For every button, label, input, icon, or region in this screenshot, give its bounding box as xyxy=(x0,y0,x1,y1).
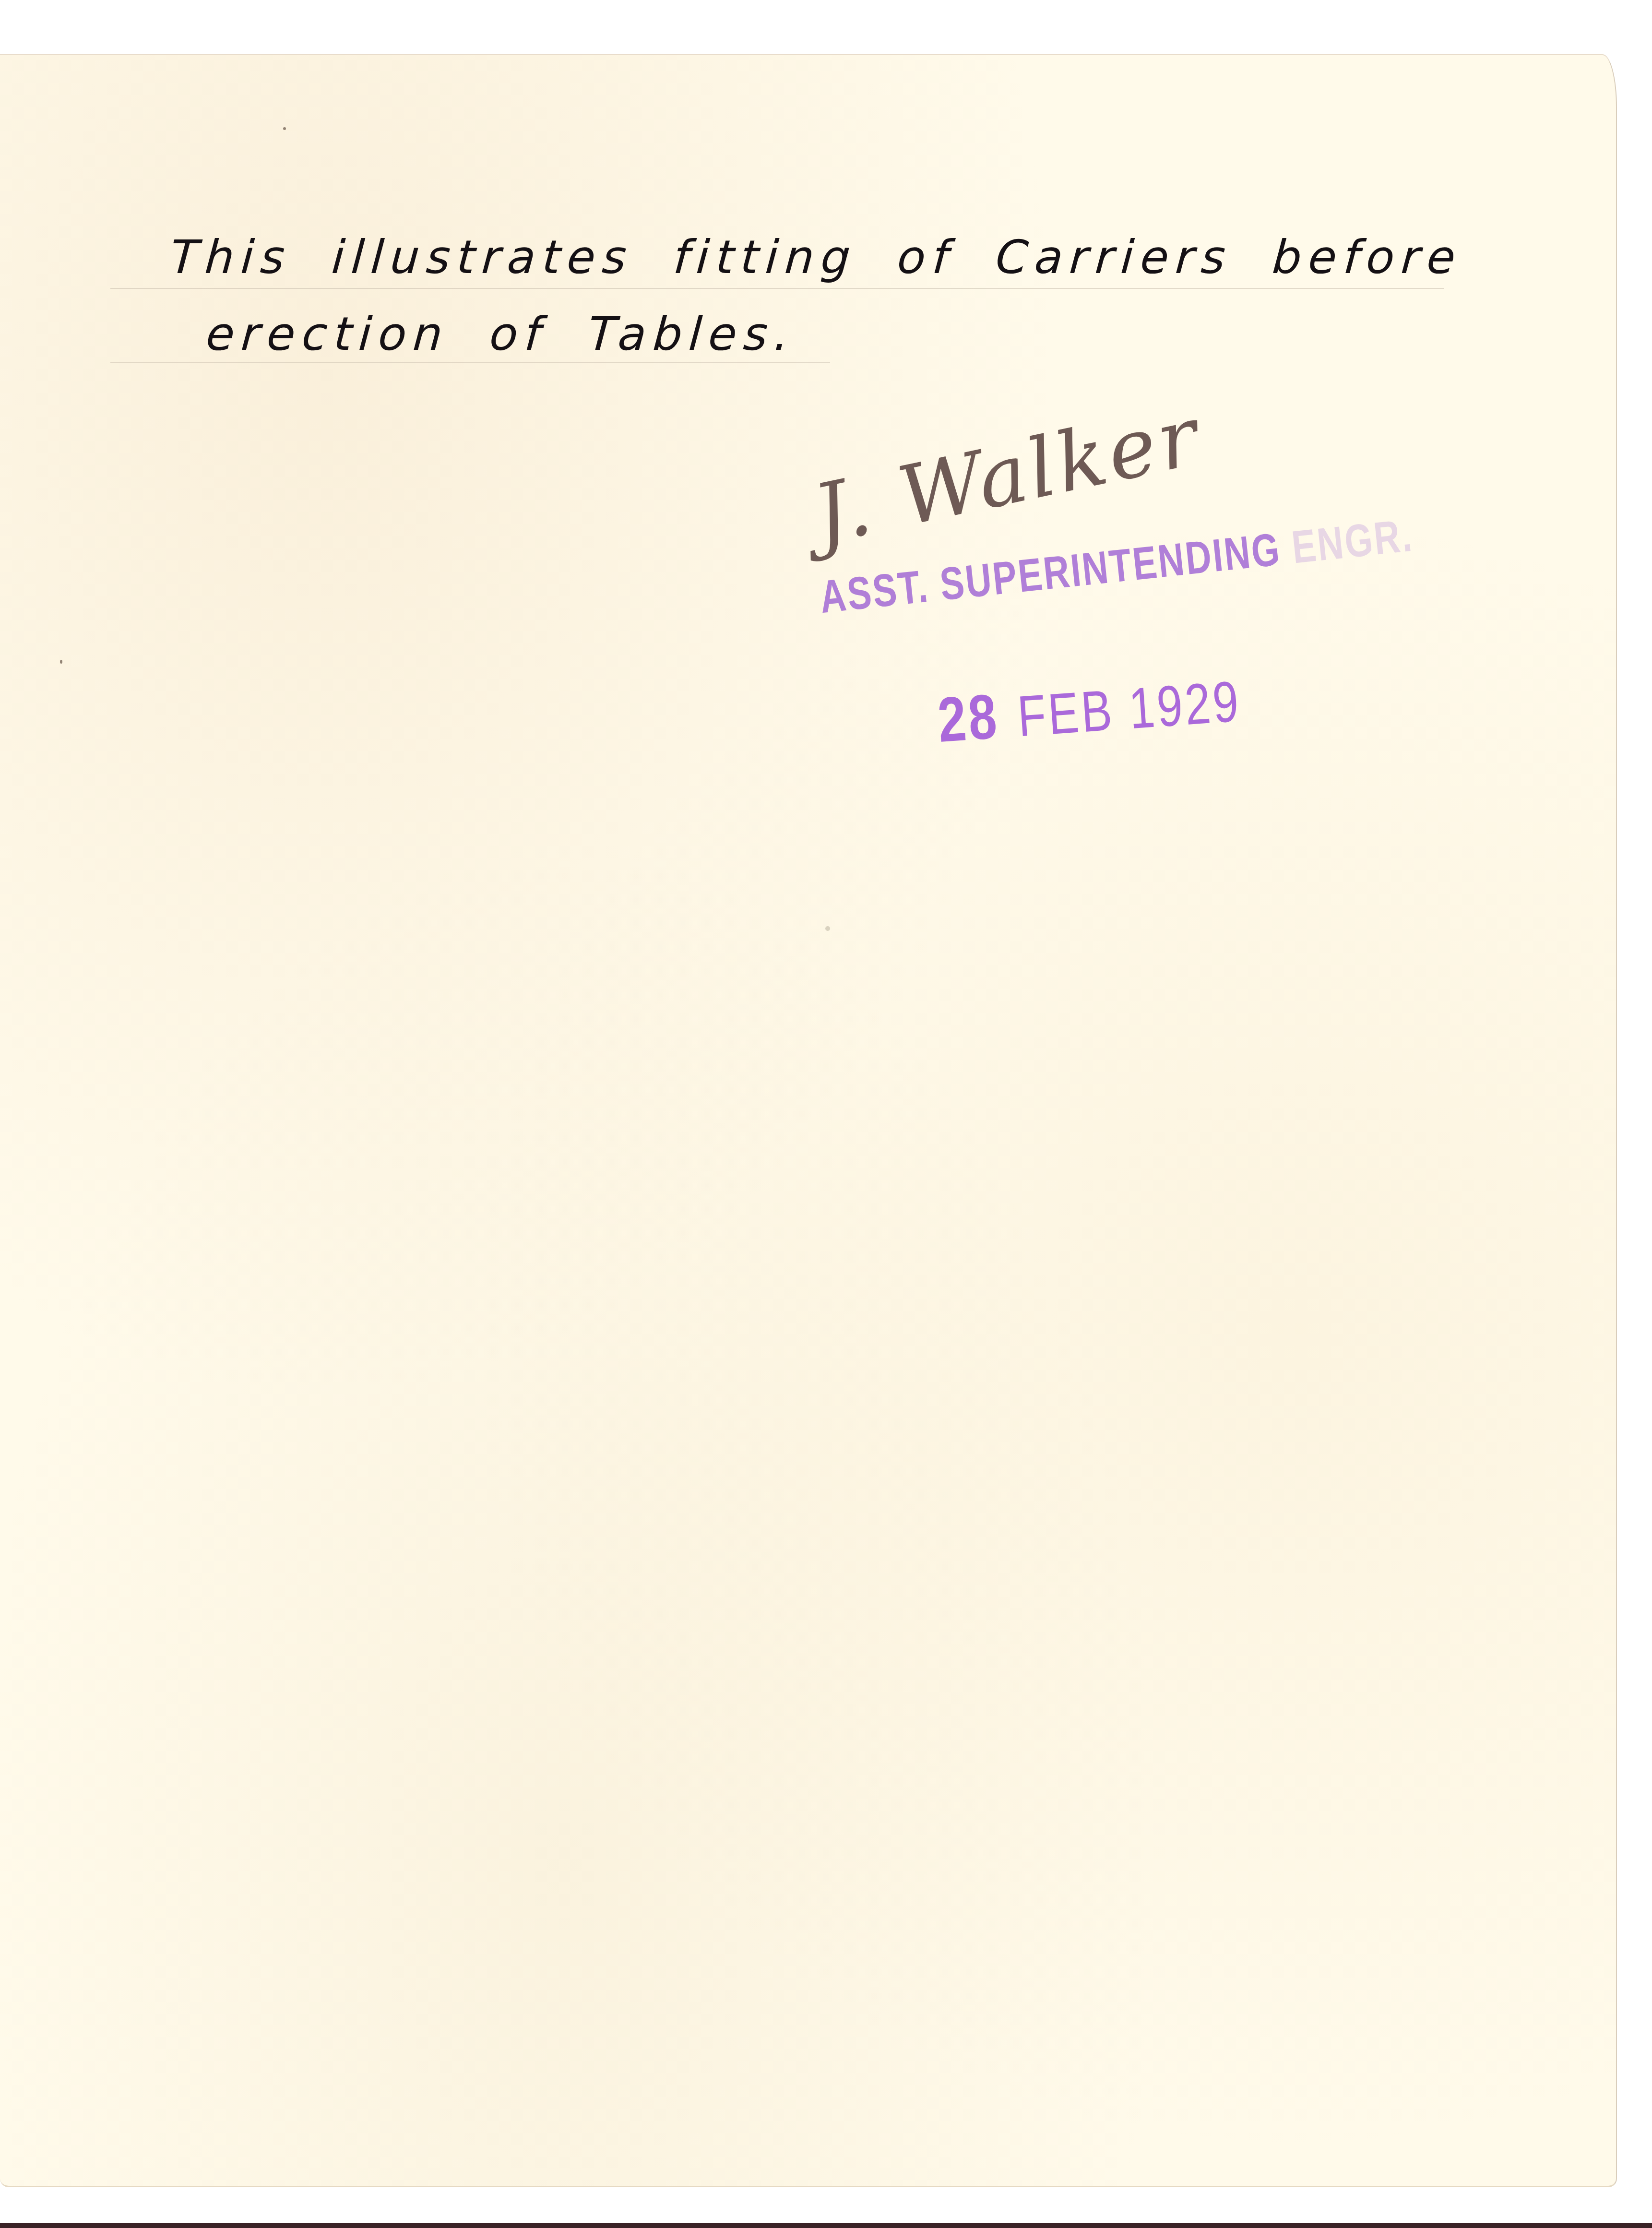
scan-bottom-edge xyxy=(0,2223,1652,2228)
paper-speck xyxy=(60,660,62,664)
ruling-line-1 xyxy=(110,288,1444,289)
ruling-line-2 xyxy=(110,362,830,363)
stamp-date-day: 28 xyxy=(936,680,1001,755)
caption-line-1: This illustrates fitting of Carriers bef… xyxy=(168,230,1464,284)
stamp-date-month-year: FEB 1929 xyxy=(1016,669,1243,749)
paper-speck xyxy=(825,926,830,931)
stamp-title-faint: ENGR. xyxy=(1289,510,1415,573)
stamp-date: 28 FEB 1929 xyxy=(935,663,1243,756)
document-sheet: This illustrates fitting of Carriers bef… xyxy=(0,54,1617,2187)
paper-speck xyxy=(283,127,286,130)
caption-line-2: erection of Tables. xyxy=(204,307,797,361)
